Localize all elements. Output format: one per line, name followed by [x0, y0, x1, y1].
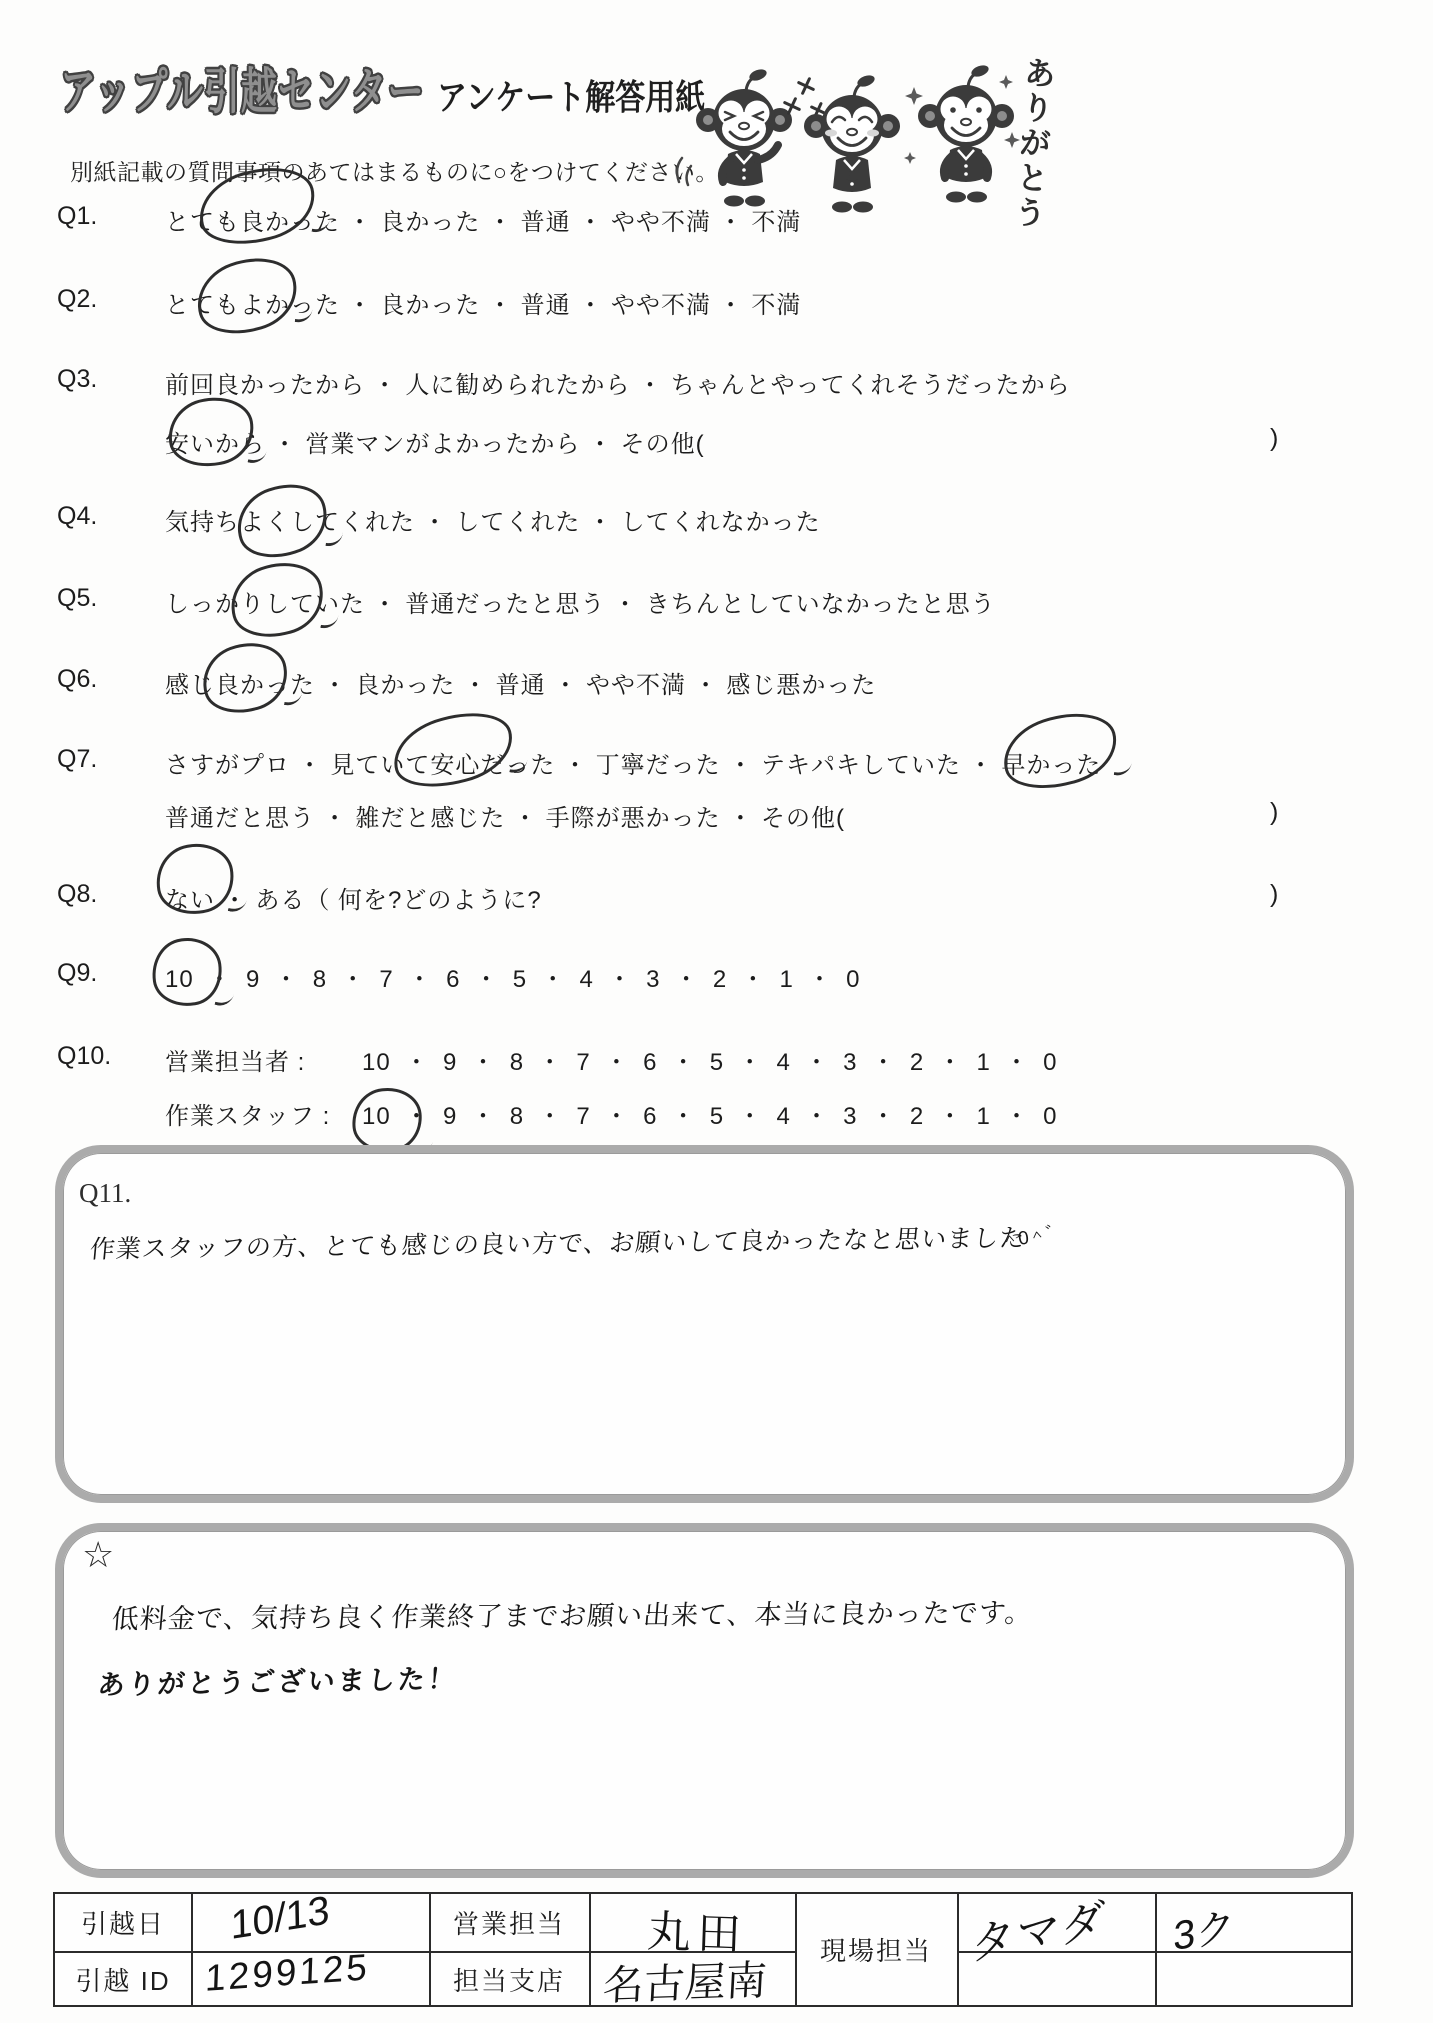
monkey-winking-icon: [696, 67, 792, 206]
q9-label: Q9.: [57, 959, 97, 988]
monkey-mascots-illustration: [676, 62, 1020, 220]
q10-label: Q10.: [57, 1042, 111, 1071]
handwritten-circle-q4: [227, 473, 336, 568]
monkey-happy-icon: [804, 73, 900, 212]
handwritten-circle-q3: [163, 391, 260, 473]
q8-label: Q8.: [57, 880, 97, 909]
q3-close-paren: ): [1270, 424, 1278, 453]
table-gridline: [1155, 1894, 1157, 2005]
site-staff-signature-1: タマダ: [970, 1882, 1109, 1974]
handwritten-circle-q9: [148, 933, 227, 1010]
q7-label: Q7.: [57, 745, 97, 774]
form-title: アンケート解答用紙: [437, 68, 705, 120]
branch-label: 担当支店: [429, 1953, 589, 2005]
q4-label: Q4.: [57, 502, 97, 531]
q3-options-line1: 前回良かったから ・ 人に勧められたから ・ ちゃんとやってくれそうだったから: [165, 365, 1071, 400]
q9-scale: 10 ・ 9 ・ 8 ・ 7 ・ 6 ・ 5 ・ 4 ・ 3 ・ 2 ・ 1 ・…: [165, 959, 861, 994]
q10-row1-scale: 10 ・ 9 ・ 8 ・ 7 ・ 6 ・ 5 ・ 4 ・ 3 ・ 2 ・ 1 ・…: [362, 1042, 1058, 1077]
handwritten-circle-q7a: [385, 701, 520, 798]
table-gridline: [191, 1894, 193, 2005]
move-id-label: 引越 ID: [55, 1953, 191, 2005]
scanned-survey-sheet: アップル引越センター アンケート解答用紙 別紙記載の質問事項のあてはまるものに○…: [0, 0, 1433, 2023]
handwritten-circle-q2: [188, 247, 306, 344]
freeform-handwritten-line1: 低料金で、気持ち良く作業終了までお願い出来て、本当に良かったです。: [110, 1591, 1034, 1636]
handwritten-circle-q6: [195, 634, 296, 722]
table-gridline: [589, 1894, 591, 2005]
q7-close-paren: ): [1270, 798, 1278, 827]
move-id-handwritten: 1299125: [204, 1946, 370, 2000]
freeform-comment-box: [55, 1523, 1354, 1878]
instruction-text: 別紙記載の質問事項のあてはまるものに○をつけてください。: [70, 154, 719, 187]
q7-options-line1: さすがプロ ・ 見ていて安心だった ・ 丁寧だった ・ テキパキしていた ・ 早…: [165, 745, 1101, 780]
footer-info-table: 引越日 引越 ID 営業担当 担当支店 現場担当 10/13 1299125 丸…: [53, 1892, 1353, 2007]
q11-comment-box: [55, 1145, 1354, 1503]
q7-options-line2: 普通だと思う ・ 雑だと感じた ・ 手際が悪かった ・ その他(: [165, 798, 845, 833]
q10-row2-scale: 10 ・ 9 ・ 8 ・ 7 ・ 6 ・ 5 ・ 4 ・ 3 ・ 2 ・ 1 ・…: [362, 1096, 1058, 1131]
q3-label: Q3.: [57, 365, 97, 394]
handwritten-circle-q5: [222, 553, 331, 647]
motion-lines-icon: [677, 158, 691, 185]
company-logo-text: アップル引越センター: [60, 54, 425, 123]
q6-label: Q6.: [57, 665, 97, 694]
site-staff-label: 現場担当: [795, 1894, 957, 2005]
q1-label: Q1.: [57, 202, 97, 231]
q5-label: Q5.: [57, 584, 97, 613]
clap-sparkle-icon: [781, 75, 827, 119]
move-date-label: 引越日: [55, 1894, 191, 1951]
table-gridline: [957, 1894, 959, 2005]
sales-rep-label: 営業担当: [429, 1894, 589, 1951]
monkey-smiling-icon: [918, 63, 1014, 202]
q2-label: Q2.: [57, 285, 97, 314]
star-icon: ☆: [82, 1534, 114, 1576]
site-staff-signature-2: 3ク: [1173, 1895, 1235, 1963]
q11-box-label: Q11.: [79, 1178, 131, 1209]
freeform-handwritten-line2: ありがとうございました！: [96, 1657, 459, 1702]
branch-handwritten: 名古屋南: [602, 1947, 769, 2012]
handwritten-circle-q7b: [995, 702, 1125, 800]
q10-row2-label: 作業スタッフ :: [165, 1096, 330, 1131]
move-date-handwritten: 10/13: [230, 1888, 330, 1949]
q8-close-paren: ): [1270, 880, 1278, 909]
q10-row1-label: 営業担当者 :: [165, 1042, 305, 1077]
